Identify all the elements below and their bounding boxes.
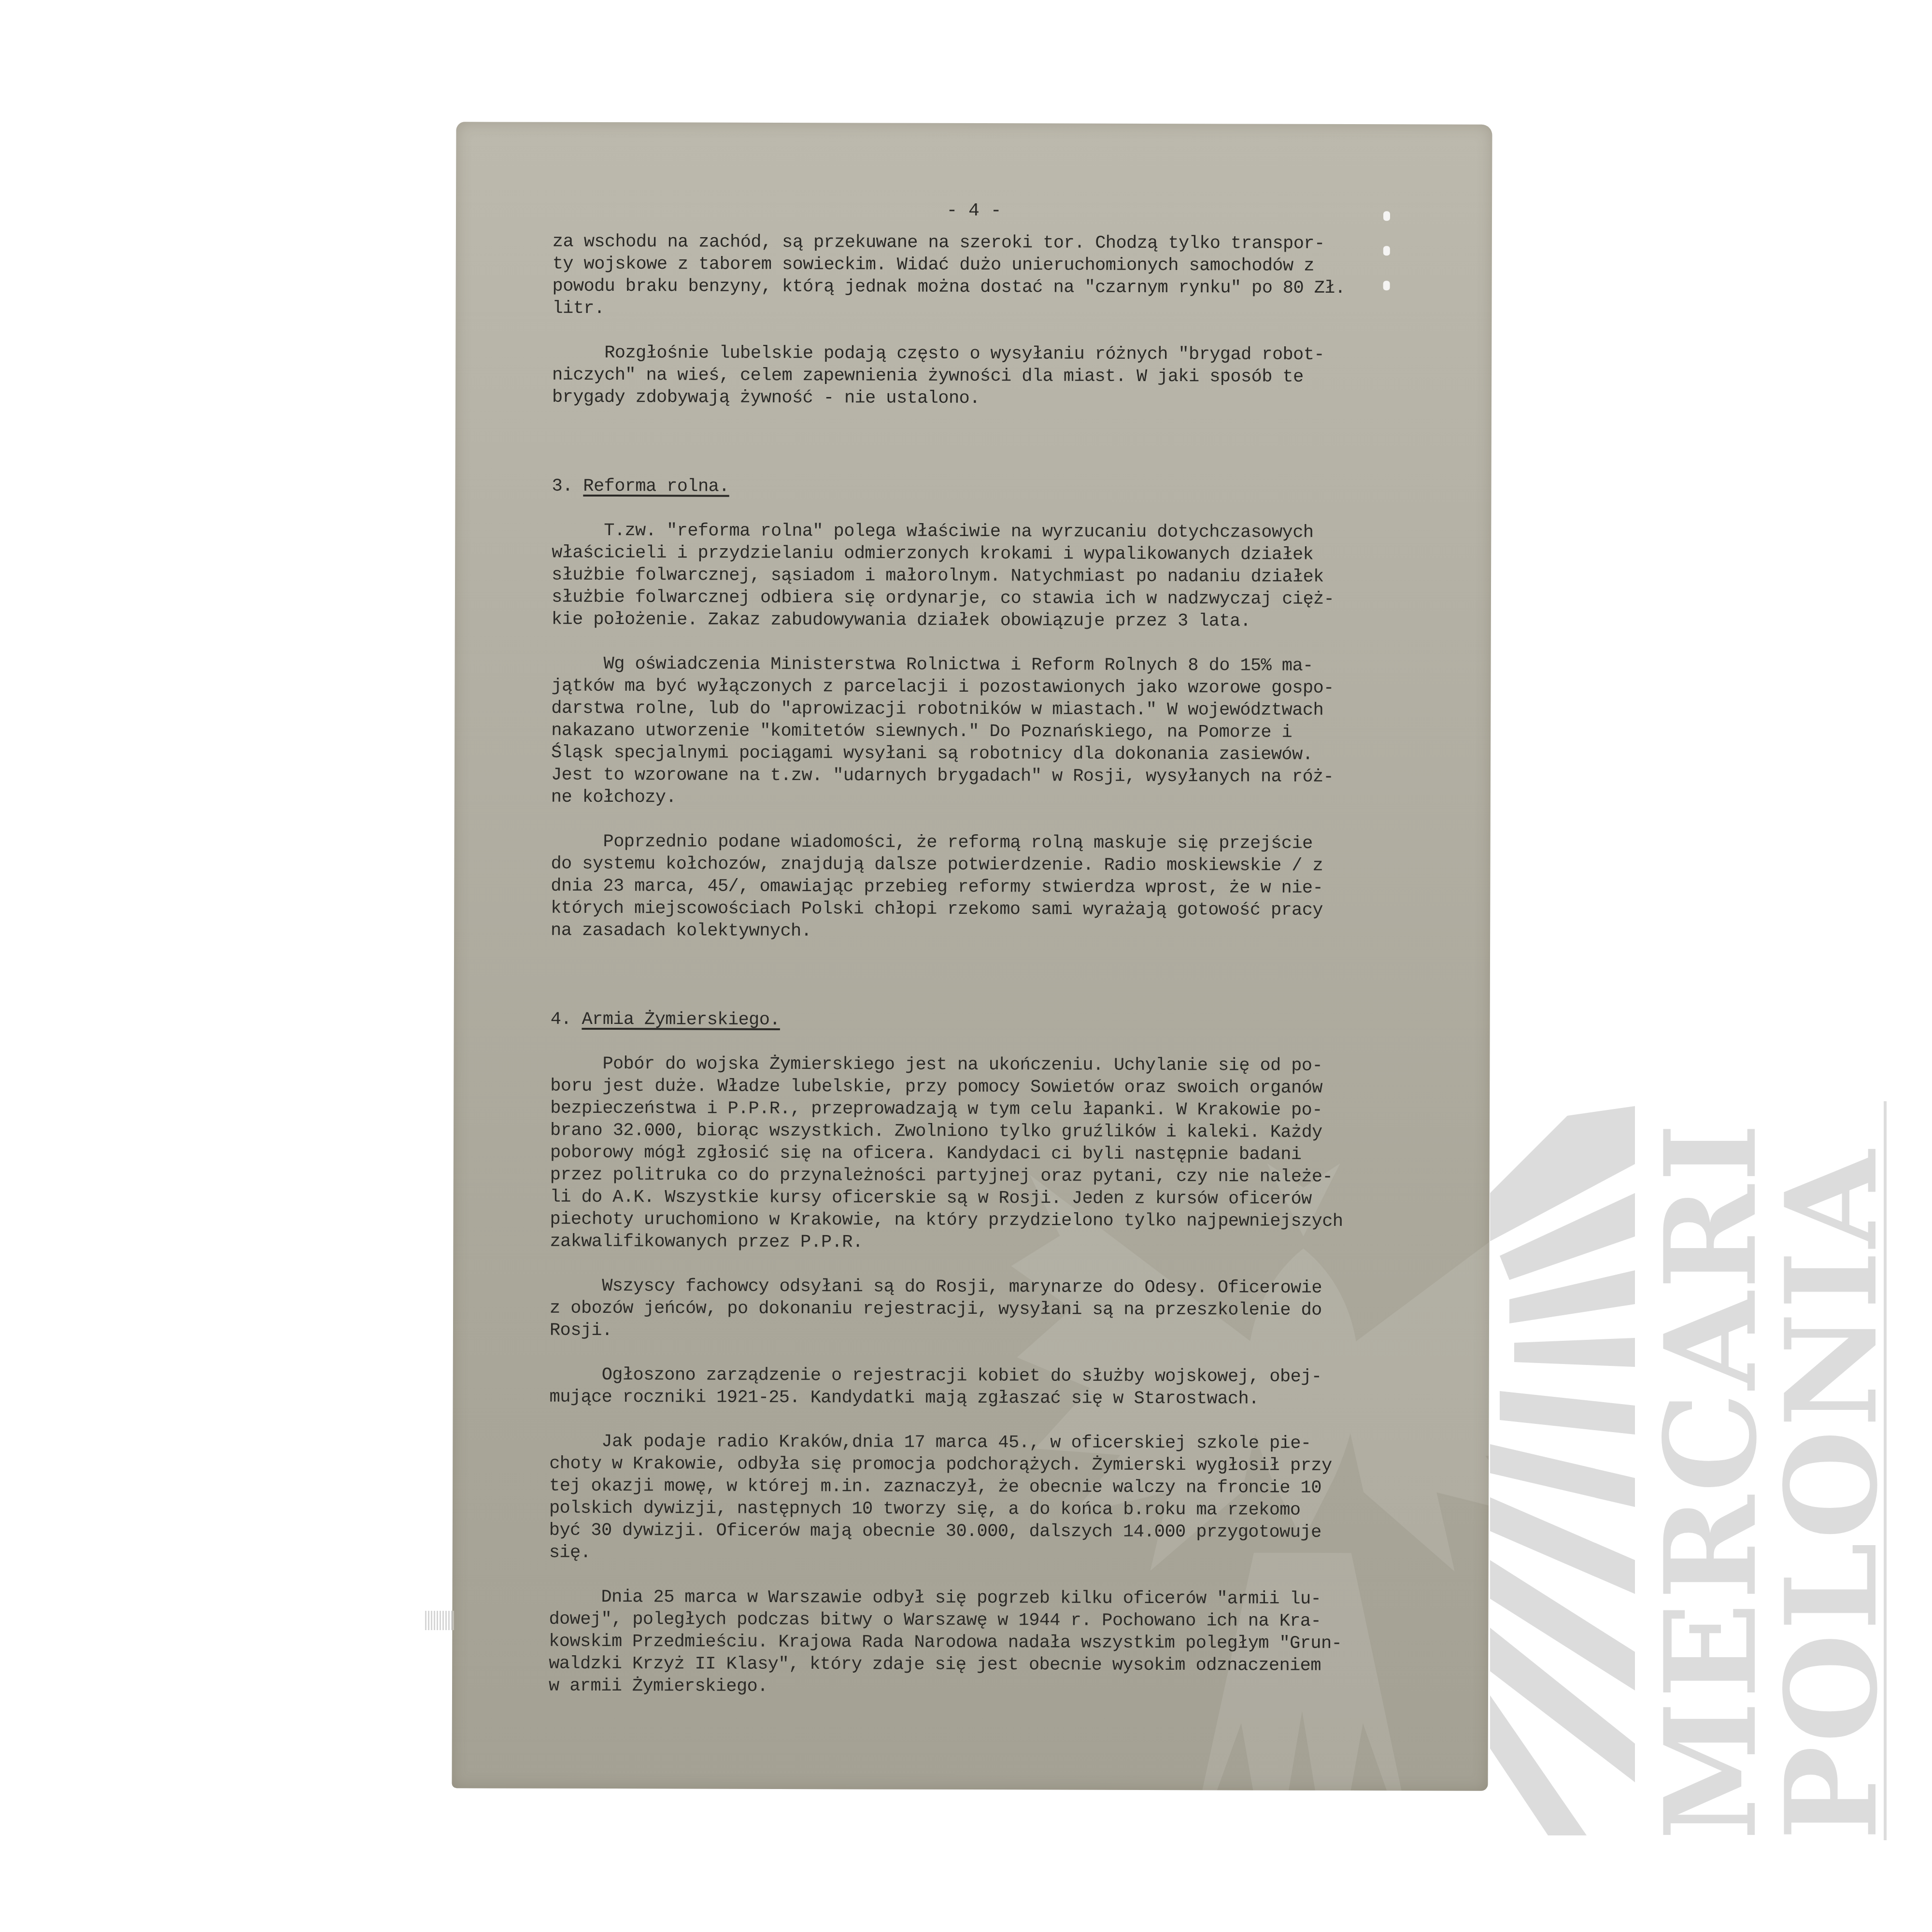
text-line: piechoty uruchomiono w Krakowie, na któr…	[550, 1208, 1391, 1233]
text-line: których miejscowościach Polski chłopi rz…	[551, 897, 1391, 922]
text-line: choty w Krakowie, odbyła się promocja po…	[549, 1453, 1390, 1477]
text-line: Poprzednio podane wiadomości, że reformą…	[551, 831, 1392, 855]
paragraph: Pobór do wojska Żymierskiego jest na uko…	[550, 1053, 1391, 1255]
text-line: do systemu kołchozów, znajdują dalsze po…	[551, 853, 1391, 878]
section-heading: 4. Armia Żymierskiego.	[551, 1009, 1391, 1033]
text-line: w armii Żymierskiego.	[549, 1675, 1389, 1700]
watermark-divider	[1884, 1101, 1887, 1840]
document-body: za wschodu na zachód, są przekuwane na s…	[549, 231, 1393, 1722]
paragraph: Wszyscy fachowcy odsyłani są do Rosji, m…	[550, 1275, 1390, 1344]
text-line: mujące roczniki 1921-25. Kandydatki mają…	[550, 1386, 1390, 1411]
text-line: darstwa rolne, lub do "aprowizacji robot…	[551, 697, 1392, 722]
paragraph: T.zw. "reforma rolna" polega właściwie n…	[552, 520, 1392, 633]
text-line: waldzki Krzyż II Klasy", który zdaje się…	[549, 1653, 1389, 1677]
text-line: przez politruka co do przynależności par…	[550, 1164, 1391, 1189]
scan-artifact	[425, 1611, 454, 1630]
paragraph: Rozgłośnie lubelskie podają często o wys…	[552, 342, 1392, 411]
mercari-polonia-watermark: MERCARI POLONIA	[1608, 1096, 1908, 1850]
text-line: li do A.K. Wszystkie kursy oficerskie są…	[550, 1186, 1391, 1211]
text-line: poborowy mógł zgłosić się na oficera. Ka…	[550, 1142, 1391, 1166]
text-line: Jest to wzorowane na t.zw. "udarnych bry…	[551, 764, 1392, 789]
paragraph: Poprzednio podane wiadomości, że reformą…	[551, 831, 1392, 944]
text-line: polskich dywizji, następnych 10 tworzy s…	[549, 1497, 1390, 1522]
text-line: właścicieli i przydzielaniu odmierzonych…	[552, 542, 1392, 567]
section-title: Armia Żymierskiego.	[582, 1009, 780, 1030]
text-line: Rozgłośnie lubelskie podają często o wys…	[552, 342, 1392, 367]
text-line: brygady zdobywają żywność - nie ustalono…	[552, 386, 1392, 411]
text-line: służbie folwarcznej odbiera się ordynarj…	[552, 586, 1392, 611]
text-line: Dnia 25 marca w Warszawie odbył się pogr…	[549, 1586, 1389, 1611]
text-line: brano 32.000, biorąc wszystkich. Zwolnio…	[550, 1120, 1391, 1144]
text-line: Pobór do wojska Żymierskiego jest na uko…	[550, 1053, 1391, 1078]
text-line: dnia 23 marca, 45/, omawiając przebieg r…	[551, 875, 1391, 900]
text-line: Ogłoszono zarządzenie o rejestracji kobi…	[550, 1364, 1390, 1389]
page-number: - 4 -	[456, 199, 1492, 223]
section-title: Reforma rolna.	[583, 476, 729, 497]
text-line: Śląsk specjalnymi pociągami wysyłani są …	[551, 742, 1392, 767]
text-line: na zasadach kolektywnych.	[551, 920, 1391, 944]
paragraph: Dnia 25 marca w Warszawie odbył się pogr…	[549, 1586, 1390, 1700]
text-line: boru jest duże. Władze lubelskie, przy p…	[550, 1075, 1391, 1100]
text-line: litr.	[552, 298, 1392, 322]
text-line: dowej", poległych podczas bitwy o Warsza…	[549, 1608, 1389, 1633]
text-line: się.	[549, 1542, 1390, 1566]
text-line: jątków ma być wyłączonych z parcelacji i…	[551, 675, 1392, 700]
text-line: ne kołchozy.	[551, 786, 1392, 811]
text-line: nakazano utworzenie "komitetów siewnych.…	[551, 720, 1392, 744]
section-number: 3.	[552, 476, 583, 497]
paragraph: Ogłoszono zarządzenie o rejestracji kobi…	[550, 1364, 1390, 1411]
text-line: tej okazji mowę, w której m.in. zaznaczy…	[549, 1475, 1390, 1500]
text-line: niczych" na wieś, celem zapewnienia żywn…	[552, 364, 1392, 389]
paragraph: za wschodu na zachód, są przekuwane na s…	[552, 231, 1392, 322]
section-heading: 3. Reforma rolna.	[552, 475, 1392, 500]
text-line: bezpieczeństwa i P.P.R., przeprowadzają …	[550, 1097, 1391, 1122]
text-line: Wszyscy fachowcy odsyłani są do Rosji, m…	[550, 1275, 1390, 1300]
text-line: za wschodu na zachód, są przekuwane na s…	[553, 231, 1393, 256]
text-line: kowskim Przedmieściu. Krajowa Rada Narod…	[549, 1631, 1389, 1655]
text-line: ty wojskowe z taborem sowieckim. Widać d…	[553, 253, 1393, 278]
text-line: powodu braku benzyny, którą jednak można…	[553, 275, 1393, 300]
paragraph: Jak podaje radio Kraków,dnia 17 marca 45…	[549, 1431, 1390, 1566]
text-line: zakwalifikowanych przez P.P.R.	[550, 1231, 1390, 1255]
text-line: służbie folwarcznej, sąsiadom i małoroln…	[552, 564, 1392, 589]
text-line: Rosji.	[550, 1320, 1390, 1344]
text-line: być 30 dywizji. Oficerów mają obecnie 30…	[549, 1520, 1390, 1544]
section-number: 4.	[551, 1009, 582, 1030]
typewritten-page: - 4 - za wschodu na zachód, są przekuwan…	[452, 122, 1492, 1791]
text-line: T.zw. "reforma rolna" polega właściwie n…	[552, 520, 1392, 544]
text-line: z obozów jeńców, po dokonaniu rejestracj…	[550, 1297, 1390, 1322]
text-line: Wg oświadczenia Ministerstwa Rolnictwa i…	[552, 653, 1392, 678]
text-line: kie położenie. Zakaz zabudowywania dział…	[552, 609, 1392, 633]
paragraph: Wg oświadczenia Ministerstwa Rolnictwa i…	[551, 653, 1392, 811]
text-line: Jak podaje radio Kraków,dnia 17 marca 45…	[549, 1431, 1390, 1455]
